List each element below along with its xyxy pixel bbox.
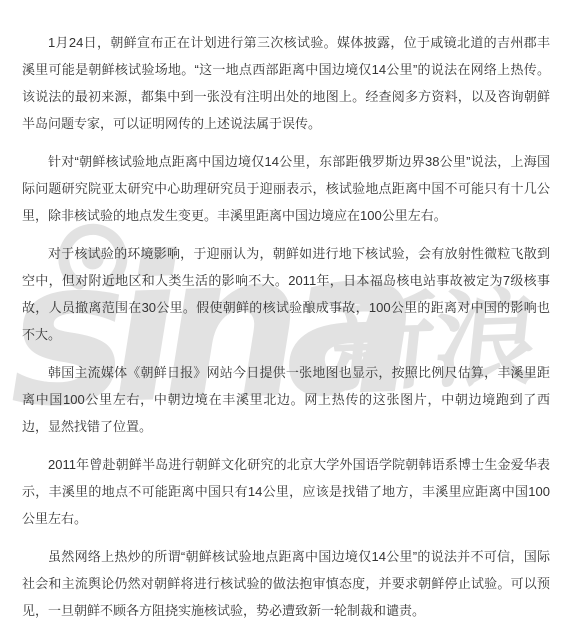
article-body: 1月24日，朝鲜宣布正在计划进行第三次核试验。媒体披露，位于咸镜北道的吉州郡丰溪… (0, 0, 572, 624)
article-paragraph: 针对“朝鲜核试验地点距离中国边境仅14公里，东部距俄罗斯边界38公里”说法，上海… (22, 148, 550, 229)
article-paragraph: 虽然网络上热炒的所谓“朝鲜核试验地点距离中国边境仅14公里”的说法并不可信，国际… (22, 543, 550, 624)
article-paragraph: 对于核试验的环境影响，于迎丽认为，朝鲜如进行地下核试验，会有放射性微粒飞散到空中… (22, 240, 550, 348)
article-paragraph: 1月24日，朝鲜宣布正在计划进行第三次核试验。媒体披露，位于咸镜北道的吉州郡丰溪… (22, 29, 550, 137)
article-paragraph: 韩国主流媒体《朝鲜日报》网站今日提供一张地图也显示，按照比例尺估算，丰溪里距离中… (22, 359, 550, 440)
article-paragraph: 2011年曾赴朝鲜半岛进行朝鲜文化研究的北京大学外国语学院朝韩语系博士生金爱华表… (22, 451, 550, 532)
